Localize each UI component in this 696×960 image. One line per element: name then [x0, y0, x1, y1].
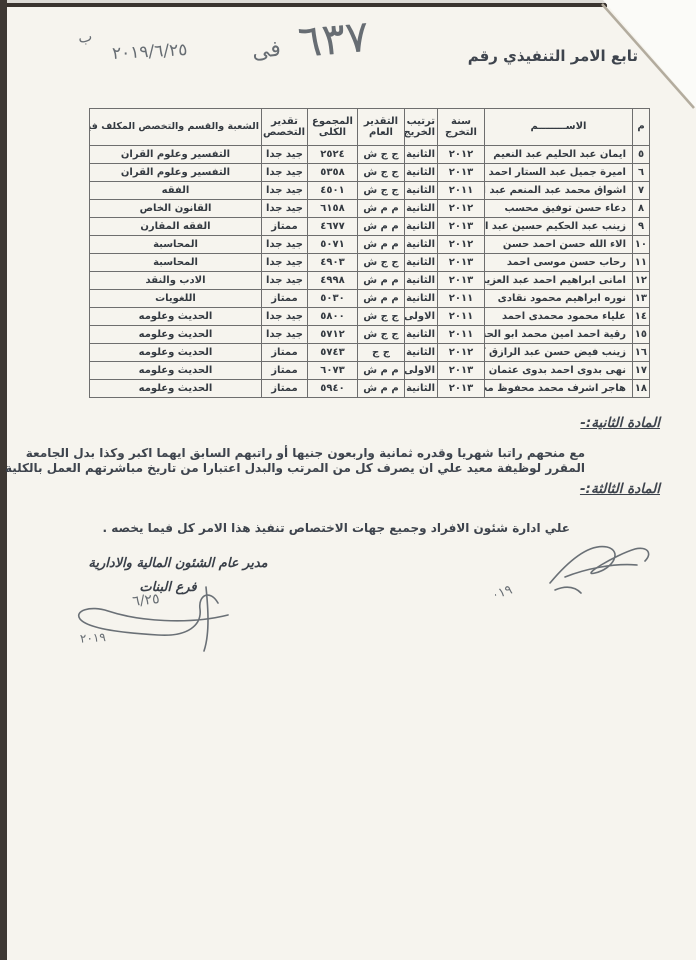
cell-name: اشواق محمد عبد المنعم عبد الوهاب — [485, 182, 633, 200]
cell-name: رحاب حسن موسى احمد — [485, 254, 633, 272]
cell-spec: جيد جدا — [262, 146, 308, 164]
scanned-document-page: تابع الامر التنفيذي رقم ٦٣٧ فى ٢٠١٩/٦/٢٥… — [0, 0, 696, 960]
cell-division: الفقه المقارن — [90, 218, 262, 236]
cell-index: ١٤ — [633, 308, 650, 326]
table-row: ٥ايمان عبد الحليم عبد النعيم٢٠١٢الثانيةج… — [90, 146, 650, 164]
cell-spec: ممتاز — [262, 218, 308, 236]
cell-index: ١٥ — [633, 326, 650, 344]
cell-index: ٧ — [633, 182, 650, 200]
cell-rank: الثانية — [405, 164, 438, 182]
cell-year: ٢٠١٣ — [438, 272, 485, 290]
cell-division: التفسير وعلوم القران — [90, 164, 262, 182]
cell-general: ج ج ش — [358, 254, 405, 272]
cell-year: ٢٠١١ — [438, 326, 485, 344]
cell-rank: الاولى — [405, 362, 438, 380]
cell-index: ٦ — [633, 164, 650, 182]
article-three-line1: علي ادارة شئون الافراد وجميع جهات الاختص… — [103, 521, 570, 535]
cell-division: الحديث وعلومه — [90, 380, 262, 398]
cell-name: امانى ابراهيم احمد عبد العزيز — [485, 272, 633, 290]
cell-rank: الثانية — [405, 200, 438, 218]
cell-name: رقية احمد امين محمد ابو الحسين — [485, 326, 633, 344]
cell-spec: جيد جدا — [262, 254, 308, 272]
cell-general: م م ش — [358, 236, 405, 254]
cell-year: ٢٠١٣ — [438, 164, 485, 182]
cell-name: زينب فيض حسن عبد الرازق كاشف — [485, 344, 633, 362]
cell-spec: جيد جدا — [262, 200, 308, 218]
col-header-index: م — [633, 109, 650, 146]
cell-year: ٢٠١٣ — [438, 218, 485, 236]
cell-total: ٥٠٣٠ — [308, 290, 358, 308]
cell-name: نهى بدوى احمد بدوى عثمان — [485, 362, 633, 380]
cell-general: ج ج ش — [358, 146, 405, 164]
cell-index: ١٠ — [633, 236, 650, 254]
cell-general: م م ش — [358, 272, 405, 290]
cell-rank: الاولى — [405, 308, 438, 326]
cell-total: ٤٦٧٧ — [308, 218, 358, 236]
cell-year: ٢٠١٢ — [438, 236, 485, 254]
right-signature-year: ٢٠١٩ — [495, 583, 514, 606]
cell-index: ٥ — [633, 146, 650, 164]
cell-rank: الثانية — [405, 344, 438, 362]
cell-division: الحديث وعلومه — [90, 344, 262, 362]
cell-division: المحاسبة — [90, 236, 262, 254]
table-header-row: م الاســــــــم سنة التخرج ترتيب الخريج … — [90, 109, 650, 146]
handwritten-order-number: ٦٣٧ — [296, 11, 371, 68]
cell-division: الحديث وعلومه — [90, 308, 262, 326]
cell-total: ٥٩٤٠ — [308, 380, 358, 398]
cell-rank: الثانية — [405, 380, 438, 398]
article-two-heading: المادة الثانية:- — [580, 415, 660, 431]
cell-rank: الثانية — [405, 182, 438, 200]
cell-index: ١٢ — [633, 272, 650, 290]
col-header-total-score: المجموع الكلى — [308, 109, 358, 146]
cell-general: م م ش — [358, 200, 405, 218]
handwritten-word-fi: فى — [251, 37, 282, 65]
table-row: ٧اشواق محمد عبد المنعم عبد الوهاب٢٠١١الث… — [90, 182, 650, 200]
cell-rank: الثانية — [405, 254, 438, 272]
cell-index: ١٨ — [633, 380, 650, 398]
table-row: ١٠الاء الله حسن احمد حسن٢٠١٢الثانيةم م ش… — [90, 236, 650, 254]
handwritten-date: ٢٠١٩/٦/٢٥ — [112, 40, 188, 64]
table-row: ١٨هاجر اشرف محمد محفوظ محمد٢٠١٣الثانيةم … — [90, 380, 650, 398]
cell-year: ٢٠١١ — [438, 182, 485, 200]
cell-division: الحديث وعلومه — [90, 362, 262, 380]
cell-spec: جيد جدا — [262, 236, 308, 254]
cell-division: المحاسبة — [90, 254, 262, 272]
cell-year: ٢٠١٣ — [438, 362, 485, 380]
cell-year: ٢٠١٢ — [438, 200, 485, 218]
cell-total: ٥٨٠٠ — [308, 308, 358, 326]
table-row: ١٢امانى ابراهيم احمد عبد العزيز٢٠١٣الثان… — [90, 272, 650, 290]
table-row: ١١رحاب حسن موسى احمد٢٠١٣الثانيةج ج ش٤٩٠٣… — [90, 254, 650, 272]
cell-general: ج ج ش — [358, 182, 405, 200]
cell-spec: جيد جدا — [262, 272, 308, 290]
cell-name: الاء الله حسن احمد حسن — [485, 236, 633, 254]
cell-division: الحديث وعلومه — [90, 326, 262, 344]
cell-index: ١٧ — [633, 362, 650, 380]
cell-year: ٢٠١٣ — [438, 254, 485, 272]
left-signature-year: ٢٠١٩ — [80, 630, 107, 646]
cell-general: م م ش — [358, 380, 405, 398]
cell-total: ٢٥٢٤ — [308, 146, 358, 164]
cell-year: ٢٠١١ — [438, 290, 485, 308]
table-row: ١٤علياء محمود محمدى احمد٢٠١١الاولىج ج ش٥… — [90, 308, 650, 326]
graduates-table: م الاســــــــم سنة التخرج ترتيب الخريج … — [89, 108, 650, 398]
cell-index: ١١ — [633, 254, 650, 272]
cell-spec: جيد جدا — [262, 326, 308, 344]
cell-spec: جيد جدا — [262, 308, 308, 326]
cell-total: ٦٠٧٣ — [308, 362, 358, 380]
cell-general: م م ش — [358, 362, 405, 380]
cell-name: دعاء حسن توفيق محسب — [485, 200, 633, 218]
cell-rank: الثانية — [405, 218, 438, 236]
col-header-division: الشعبة والقسم والتخصص المكلف فيه — [90, 109, 262, 146]
cell-total: ٥٠٧١ — [308, 236, 358, 254]
table-row: ١٦زينب فيض حسن عبد الرازق كاشف٢٠١٢الثاني… — [90, 344, 650, 362]
cell-general: م م ش — [358, 218, 405, 236]
cell-spec: ممتاز — [262, 380, 308, 398]
cell-index: ٩ — [633, 218, 650, 236]
cell-index: ٨ — [633, 200, 650, 218]
col-header-grad-rank: ترتيب الخريج — [405, 109, 438, 146]
cell-total: ٥٧١٢ — [308, 326, 358, 344]
handwritten-mark: ب — [77, 27, 94, 47]
col-header-name: الاســــــــم — [485, 109, 633, 146]
article-three-heading: المادة الثالثة:- — [580, 481, 660, 497]
table-row: ١٥رقية احمد امين محمد ابو الحسين٢٠١١الثا… — [90, 326, 650, 344]
cell-general: ج ج ش — [358, 326, 405, 344]
cell-division: الفقه — [90, 182, 262, 200]
col-header-spec-grade: تقدير التخصص — [262, 109, 308, 146]
cell-name: نوره ابراهيم محمود نقادى — [485, 290, 633, 308]
cell-rank: الثانية — [405, 290, 438, 308]
cell-spec: جيد جدا — [262, 164, 308, 182]
cell-name: علياء محمود محمدى احمد — [485, 308, 633, 326]
cell-name: اميرة جميل عبد الستار احمد — [485, 164, 633, 182]
col-header-grad-year: سنة التخرج — [438, 109, 485, 146]
left-signature-day: ٦/٢٥ — [132, 591, 161, 610]
cell-name: ايمان عبد الحليم عبد النعيم — [485, 146, 633, 164]
cell-total: ٤٩٠٣ — [308, 254, 358, 272]
scan-top-border-line — [7, 3, 607, 7]
cell-rank: الثانية — [405, 326, 438, 344]
cell-rank: الثانية — [405, 272, 438, 290]
cell-general: م م ش — [358, 290, 405, 308]
cell-year: ٢٠١١ — [438, 308, 485, 326]
scan-left-edge — [0, 0, 7, 960]
cell-spec: ممتاز — [262, 344, 308, 362]
col-header-general-grade: التقدير العام — [358, 109, 405, 146]
cell-total: ٤٥٠١ — [308, 182, 358, 200]
cell-year: ٢٠١٣ — [438, 380, 485, 398]
cell-spec: ممتاز — [262, 362, 308, 380]
document-title: تابع الامر التنفيذي رقم — [468, 47, 638, 65]
cell-general: ج ج ش — [358, 308, 405, 326]
cell-total: ٥٣٥٨ — [308, 164, 358, 182]
cell-total: ٤٩٩٨ — [308, 272, 358, 290]
cell-index: ١٣ — [633, 290, 650, 308]
cell-division: القانون الخاص — [90, 200, 262, 218]
cell-year: ٢٠١٢ — [438, 344, 485, 362]
cell-spec: ممتاز — [262, 290, 308, 308]
signatory-title: مدير عام الشئون المالية والادارية — [78, 556, 278, 571]
cell-name: زينب عبد الحكيم حسين عبد الرحمن — [485, 218, 633, 236]
cell-division: الادب والنقد — [90, 272, 262, 290]
article-two-line1: مع منحهم راتبا شهريا وقدره ثمانية واربعو… — [70, 446, 585, 460]
cell-division: اللغويات — [90, 290, 262, 308]
cell-rank: الثانية — [405, 146, 438, 164]
cell-index: ١٦ — [633, 344, 650, 362]
table-row: ١٧نهى بدوى احمد بدوى عثمان٢٠١٣الاولىم م … — [90, 362, 650, 380]
table-row: ٦اميرة جميل عبد الستار احمد٢٠١٣الثانيةج … — [90, 164, 650, 182]
cell-name: هاجر اشرف محمد محفوظ محمد — [485, 380, 633, 398]
cell-general: ج ج — [358, 344, 405, 362]
right-signature: ٢٠١٩ — [495, 535, 665, 610]
cell-division: التفسير وعلوم القران — [90, 146, 262, 164]
cell-year: ٢٠١٢ — [438, 146, 485, 164]
left-signature: ٦/٢٥ ٢٠١٩ — [68, 585, 258, 655]
cell-total: ٥٧٤٣ — [308, 344, 358, 362]
cell-rank: الثانية — [405, 236, 438, 254]
table-row: ٨دعاء حسن توفيق محسب٢٠١٢الثانيةم م ش٦١٥٨… — [90, 200, 650, 218]
table-row: ٩زينب عبد الحكيم حسين عبد الرحمن٢٠١٣الثا… — [90, 218, 650, 236]
cell-total: ٦١٥٨ — [308, 200, 358, 218]
article-two-line2: المقرر لوظيفة معيد علي ان يصرف كل من الم… — [70, 461, 585, 475]
table-body: ٥ايمان عبد الحليم عبد النعيم٢٠١٢الثانيةج… — [90, 146, 650, 398]
cell-general: ج ج ش — [358, 164, 405, 182]
table-row: ١٣نوره ابراهيم محمود نقادى٢٠١١الثانيةم م… — [90, 290, 650, 308]
cell-spec: جيد جدا — [262, 182, 308, 200]
